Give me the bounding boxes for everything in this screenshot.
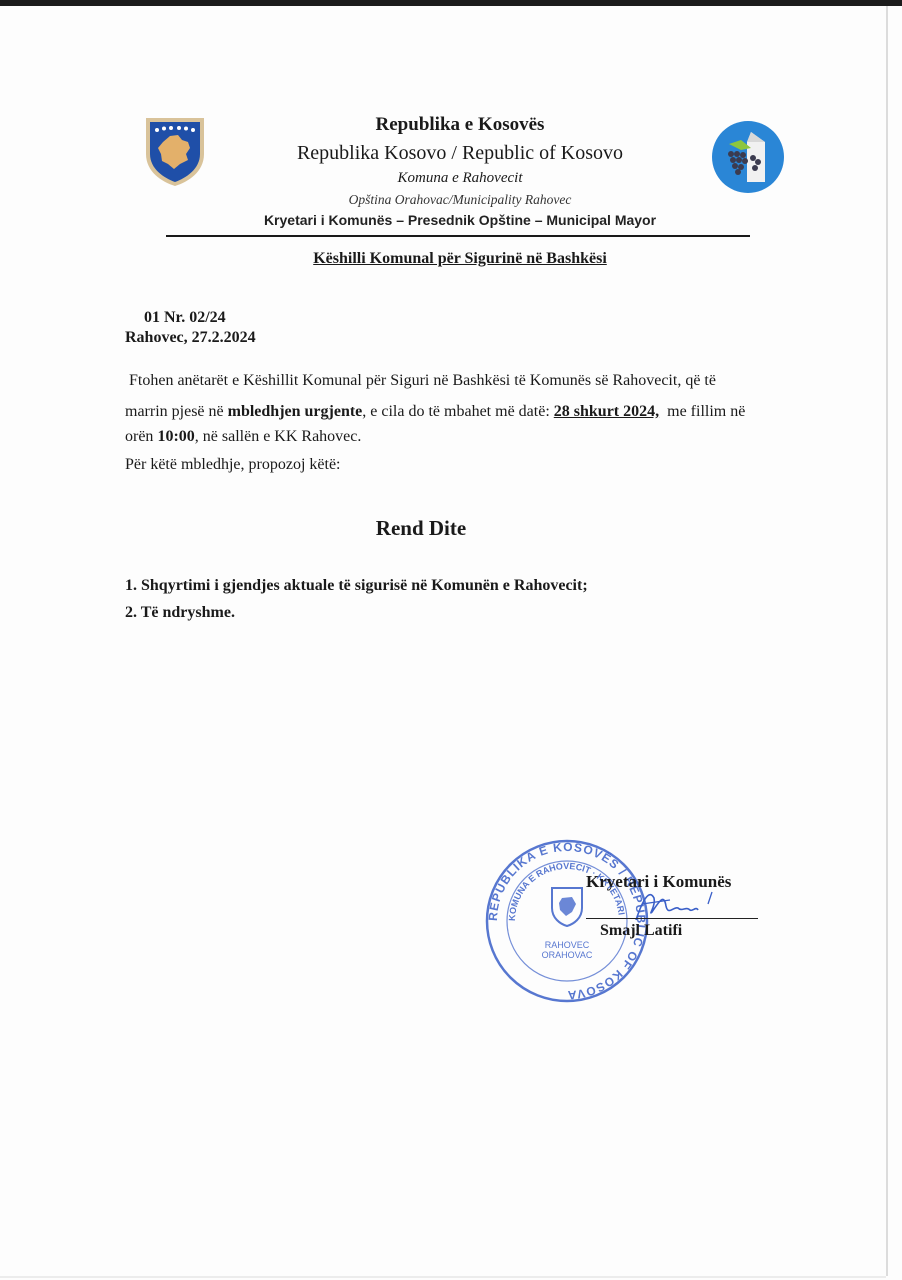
signatory-name: Smajl Latifi <box>600 922 682 940</box>
svg-text:RAHOVEC: RAHOVEC <box>545 940 590 950</box>
text-segment: marrin pjesë në <box>125 403 228 420</box>
official-stamp-icon: REPUBLIKA E KOSOVËS / REPUBLIC OF KOSOVA… <box>482 836 652 1006</box>
reference-number: 01 Nr. 02/24 <box>144 309 226 327</box>
header-municipality: Komuna e Rahovecit <box>160 170 760 187</box>
signature-line <box>586 918 758 919</box>
header-mayor-office: Kryetari i Komunës – Presednik Opštine –… <box>160 212 760 228</box>
text-segment: me fillim në <box>659 403 745 420</box>
header-country-albanian: Republika e Kosovës <box>160 114 760 136</box>
handwritten-signature-icon <box>630 886 720 926</box>
meeting-date: 28 shkurt 2024, <box>554 403 659 420</box>
meeting-time: 10:00 <box>157 428 194 445</box>
invitation-paragraph-line-1: Ftohen anëtarët e Këshillit Komunal për … <box>129 372 716 390</box>
header-municipality-translations: Opština Orahovac/Municipality Rahovec <box>160 192 760 208</box>
invitation-paragraph-line-3: orën 10:00, në sallën e KK Rahovec. <box>125 428 361 446</box>
svg-text:ORAHOVAC: ORAHOVAC <box>542 950 593 960</box>
agenda-title: Rend Dite <box>160 516 682 541</box>
invitation-paragraph-line-2: marrin pjesë në mbledhjen urgjente, e ci… <box>125 403 745 421</box>
agenda-intro: Për këtë mbledhje, propozoj këtë: <box>125 456 340 474</box>
urgent-meeting-text: mbledhjen urgjente <box>228 403 363 420</box>
header-country-serbian-english: Republika Kosovo / Republic of Kosovo <box>160 142 760 165</box>
place-and-date: Rahovec, 27.2.2024 <box>125 329 256 347</box>
agenda-item: 2. Të ndryshme. <box>125 604 235 622</box>
header-divider <box>166 235 750 237</box>
text-segment: orën <box>125 428 157 445</box>
window-top-bar <box>0 0 902 6</box>
council-title: Këshilli Komunal për Sigurinë në Bashkës… <box>160 250 760 268</box>
text-segment: , në sallën e KK Rahovec. <box>195 428 362 445</box>
page-bottom-edge <box>0 1276 886 1278</box>
agenda-item: 1. Shqyrtimi i gjendjes aktuale të sigur… <box>125 577 588 595</box>
page-edge <box>886 6 888 1276</box>
text-segment: , e cila do të mbahet më datë: <box>362 403 553 420</box>
